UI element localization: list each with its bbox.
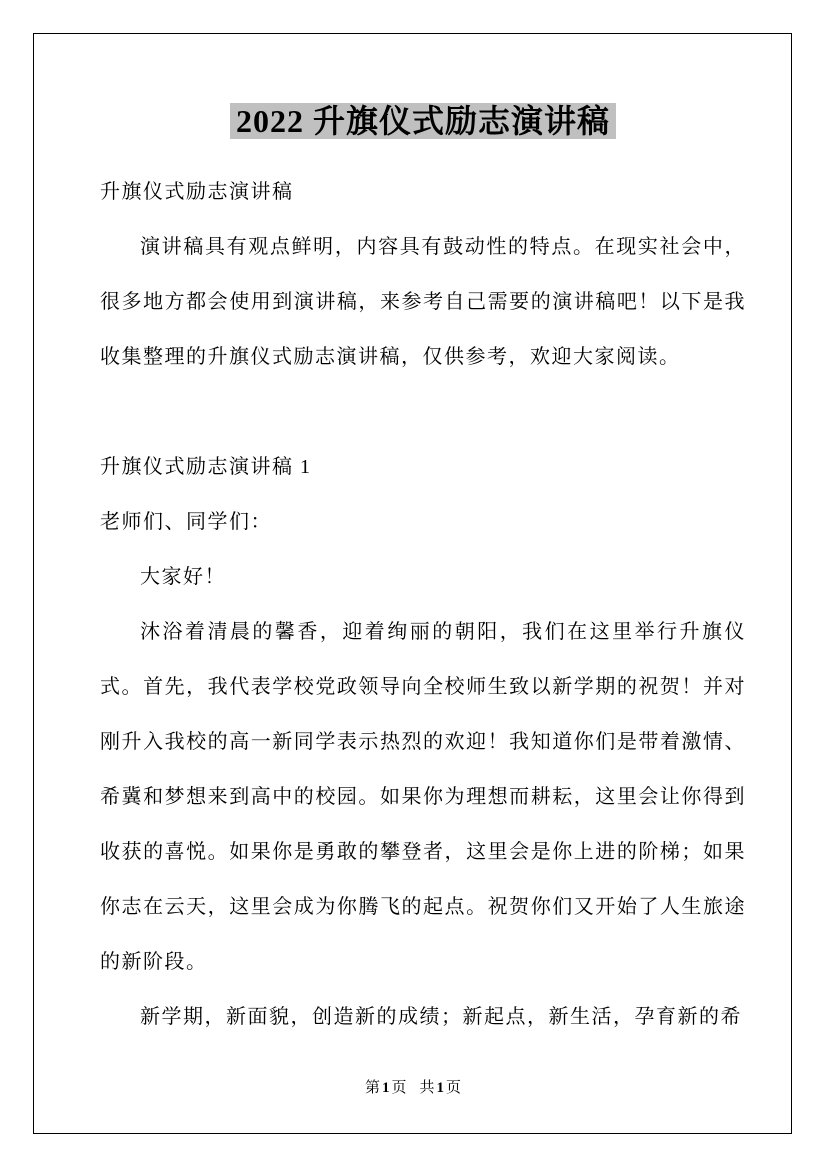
page-footer: 第1页共1页 bbox=[0, 1077, 827, 1099]
footer-total-pages-prefix: 共 bbox=[420, 1080, 436, 1096]
closing-paragraph: 新学期，新面貌，创造新的成绩；新起点，新生活，孕育新的希 bbox=[100, 990, 746, 1045]
salutation: 老师们、同学们： bbox=[100, 495, 746, 550]
document-title: 2022 升旗仪式励志演讲稿 bbox=[100, 99, 746, 143]
footer-total-pages-suffix: 页 bbox=[446, 1080, 462, 1096]
speech-paragraph: 沐浴着清晨的馨香，迎着绚丽的朝阳，我们在这里举行升旗仪式。首先，我代表学校党政领… bbox=[100, 605, 746, 990]
section-heading: 升旗仪式励志演讲稿 1 bbox=[100, 440, 746, 495]
document-body: 升旗仪式励志演讲稿 演讲稿具有观点鲜明，内容具有鼓动性的特点。在现实社会中，很多… bbox=[100, 165, 746, 1045]
document-page: 2022 升旗仪式励志演讲稿 升旗仪式励志演讲稿 演讲稿具有观点鲜明，内容具有鼓… bbox=[0, 0, 827, 1170]
title-highlight: 2022 升旗仪式励志演讲稿 bbox=[230, 103, 616, 139]
intro-label: 升旗仪式励志演讲稿 bbox=[100, 165, 746, 220]
greeting: 大家好！ bbox=[100, 550, 746, 605]
footer-current-page-suffix: 页 bbox=[391, 1080, 407, 1096]
footer-total-pages-number: 1 bbox=[436, 1080, 447, 1096]
footer-total-pages: 共1页 bbox=[420, 1080, 463, 1096]
blank-line bbox=[100, 385, 746, 440]
intro-paragraph: 演讲稿具有观点鲜明，内容具有鼓动性的特点。在现实社会中，很多地方都会使用到演讲稿… bbox=[100, 220, 746, 385]
footer-current-page: 第1页 bbox=[365, 1080, 408, 1096]
footer-current-page-prefix: 第 bbox=[365, 1080, 381, 1096]
footer-current-page-number: 1 bbox=[381, 1080, 392, 1096]
